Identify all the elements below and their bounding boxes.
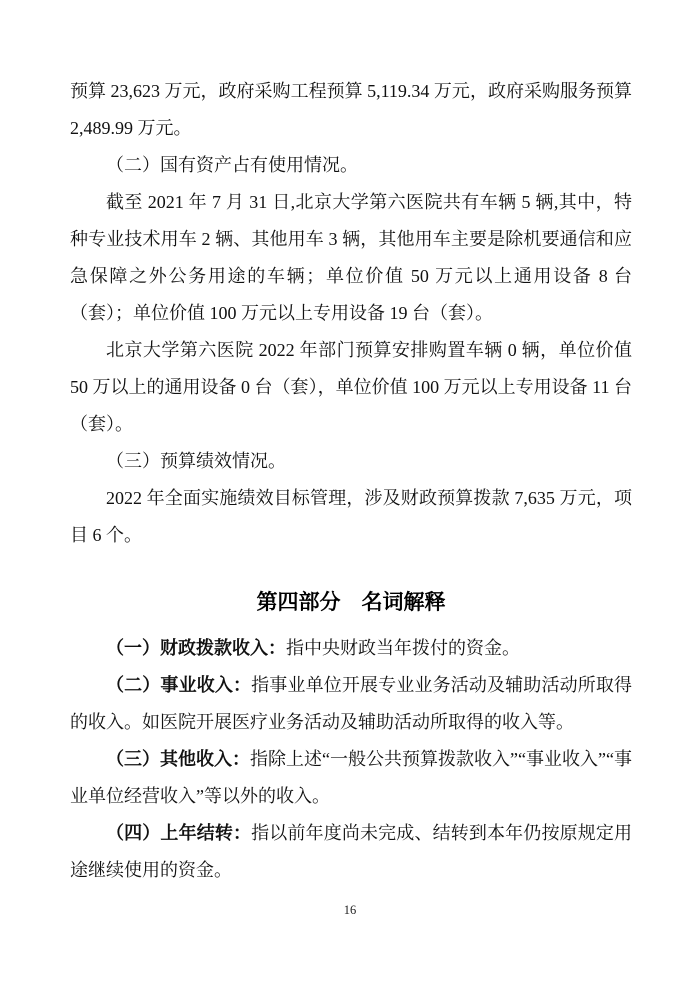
- paragraph-vehicles-equipment: 截至 2021 年 7 月 31 日,北京大学第六医院共有车辆 5 辆,其中，特…: [70, 184, 632, 332]
- document-content: 预算 23,623 万元，政府采购工程预算 5,119.34 万元，政府采购服务…: [70, 73, 632, 889]
- definition-text-1: 指中央财政当年拨付的资金。: [286, 638, 520, 658]
- definition-term-3: （三）其他收入：: [106, 749, 250, 769]
- section-heading-part4: 第四部分 名词解释: [70, 588, 632, 618]
- definition-term-4: （四）上年结转：: [106, 823, 251, 843]
- paragraph-2022-budget-purchases: 北京大学第六医院 2022 年部门预算安排购置车辆 0 辆，单位价值 50 万以…: [70, 332, 632, 443]
- paragraph-procurement-continued: 预算 23,623 万元，政府采购工程预算 5,119.34 万元，政府采购服务…: [70, 73, 632, 147]
- paragraph-performance-targets: 2022 年全面实施绩效目标管理，涉及财政预算拨款 7,635 万元，项目 6 …: [70, 480, 632, 554]
- paragraph-subheading-state-assets: （二）国有资产占有使用情况。: [70, 147, 632, 184]
- definition-item-1: （一）财政拨款收入：指中央财政当年拨付的资金。: [70, 630, 632, 667]
- page-number: 16: [0, 902, 700, 918]
- definition-term-2: （二）事业收入：: [106, 675, 251, 695]
- definition-term-1: （一）财政拨款收入：: [106, 638, 286, 658]
- paragraph-subheading-budget-performance: （三）预算绩效情况。: [70, 443, 632, 480]
- document-page: 预算 23,623 万元，政府采购工程预算 5,119.34 万元，政府采购服务…: [0, 0, 700, 990]
- definition-item-4: （四）上年结转：指以前年度尚未完成、结转到本年仍按原规定用途继续使用的资金。: [70, 815, 632, 889]
- definition-item-3: （三）其他收入：指除上述“一般公共预算拨款收入”“事业收入”“事业单位经营收入”…: [70, 741, 632, 815]
- definition-item-2: （二）事业收入：指事业单位开展专业业务活动及辅助活动所取得的收入。如医院开展医疗…: [70, 667, 632, 741]
